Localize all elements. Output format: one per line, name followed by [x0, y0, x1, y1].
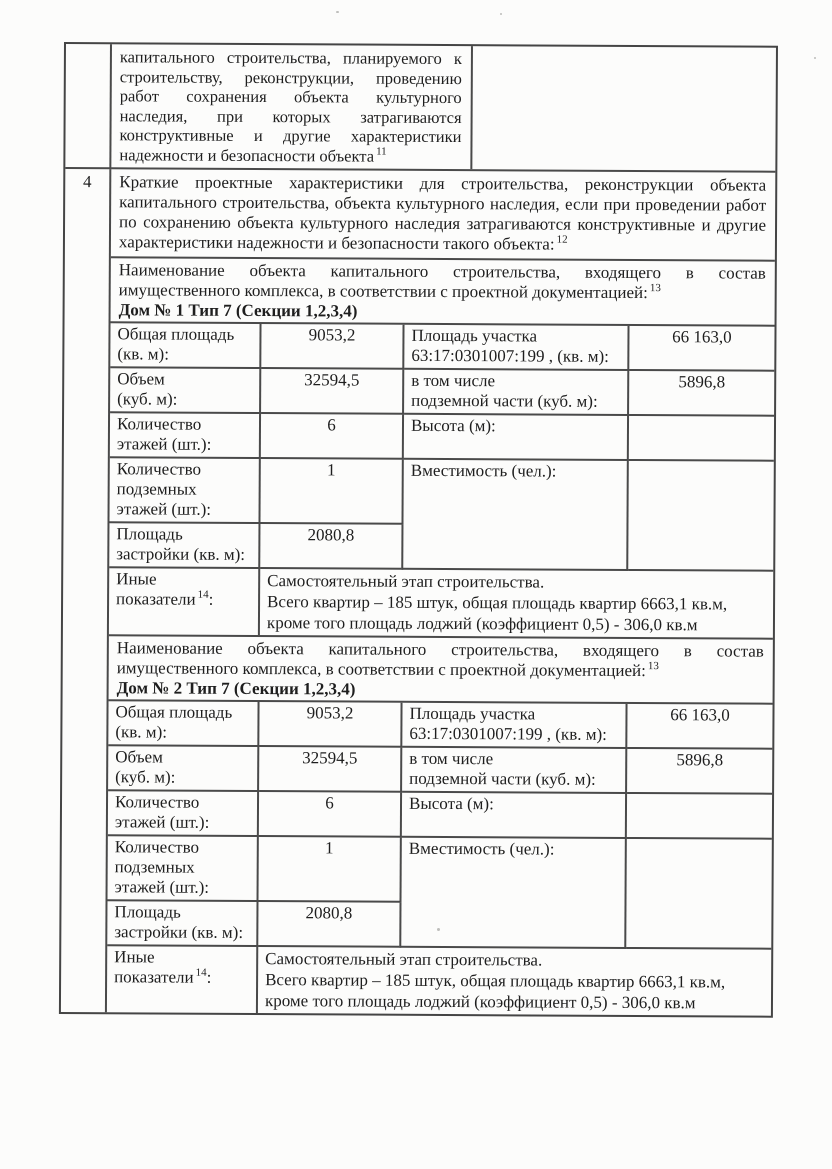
- footnote-ref-12: 12: [557, 234, 568, 246]
- total-area-label: Общая площадь (кв. м):: [108, 701, 258, 746]
- characteristics-table: Общая площадь (кв. м): 9053,2 Площадь уч…: [109, 323, 775, 637]
- total-area-value: 9053,2: [258, 702, 401, 747]
- height-value: [628, 415, 774, 461]
- height-value: [626, 793, 772, 839]
- table-row: Объем (куб. м): 32594,5 в том числе подз…: [108, 745, 772, 793]
- table-row: Иные показатели14: Самостоятельный этап …: [109, 567, 773, 637]
- other-line: Самостоятельный этап строительства.: [265, 948, 764, 972]
- item-number-4: 4: [61, 169, 111, 1012]
- other-line: кроме того площадь лоджий (коэффициент 0…: [267, 612, 766, 636]
- scanned-document-page: капитального строительства, планируемого…: [0, 0, 832, 1169]
- floors-count-value: 6: [258, 791, 401, 837]
- object-name-intro: Наименование объекта капитального строит…: [109, 634, 773, 704]
- clause-text: Краткие проектные характеристики для стр…: [119, 172, 766, 253]
- height-label: Высота (м):: [403, 414, 628, 460]
- total-area-value: 9053,2: [260, 324, 403, 369]
- other-indicators-value: Самостоятельный этап строительства. Всег…: [257, 946, 771, 1016]
- object-name-intro: Наименование объекта капитального строит…: [111, 256, 775, 326]
- floors-count-value: 6: [260, 413, 403, 459]
- height-label: Высота (м):: [401, 792, 626, 838]
- scan-speck: [336, 11, 339, 13]
- other-line: Всего квартир – 185 штук, общая площадь …: [267, 591, 766, 615]
- continuation-clause-text: капитального строительства, планируемого…: [111, 44, 473, 169]
- building-footprint-value: 2080,8: [259, 523, 402, 569]
- capacity-value: [627, 460, 774, 571]
- footnote-ref-11: 11: [376, 146, 387, 158]
- table-row: Количество подземных этажей (шт.): 1 Вме…: [109, 457, 773, 525]
- capacity-label: Вместимость (чел.):: [402, 459, 628, 570]
- footnote-ref-13: 13: [650, 282, 661, 294]
- building-footprint-label: Площадь застройки (кв. м):: [109, 522, 259, 568]
- clause-text: капитального строительства, планируемого…: [119, 47, 462, 165]
- intro-text: Наименование объекта капитального строит…: [119, 260, 766, 301]
- footnote-ref-13: 13: [648, 660, 659, 672]
- capacity-value: [625, 838, 772, 949]
- object-intro-text: Наименование объекта капитального строит…: [119, 260, 766, 302]
- footnote-ref-14: 14: [198, 589, 209, 601]
- construction-permit-table: капитального строительства, планируемого…: [59, 42, 778, 1018]
- item-number-text: 4: [83, 172, 92, 191]
- underground-volume-value: 5896,8: [626, 748, 772, 794]
- underground-floors-label: Количество подземных этажей (шт.):: [108, 835, 258, 901]
- object-title: Дом № 1 Тип 7 (Секции 1,2,3,4): [119, 299, 766, 323]
- volume-value: 32594,5: [258, 746, 401, 792]
- table-row: Иные показатели14: Самостоятельный этап …: [107, 945, 771, 1015]
- total-area-label: Общая площадь (кв. м):: [110, 323, 260, 368]
- empty-value-cell: [472, 46, 776, 171]
- plot-area-label: Площадь участка 63:17:0301007:199 , (кв.…: [403, 325, 628, 370]
- other-indicators-text: Иные показатели: [116, 569, 196, 608]
- scan-speck: [500, 13, 502, 15]
- table-row: Количество этажей (шт.): 6 Высота (м):: [110, 412, 774, 460]
- underground-floors-value: 1: [259, 458, 402, 524]
- table-row: Общая площадь (кв. м): 9053,2 Площадь уч…: [108, 701, 772, 748]
- label-colon: :: [209, 590, 214, 609]
- table-row: Общая площадь (кв. м): 9053,2 Площадь уч…: [110, 323, 774, 370]
- other-indicators-value: Самостоятельный этап строительства. Всег…: [259, 568, 773, 638]
- label-colon: :: [207, 968, 212, 987]
- underground-volume-label: в том числе подземной части (куб. м):: [401, 747, 626, 793]
- other-line: кроме того площадь лоджий (коэффициент 0…: [265, 990, 764, 1014]
- table-row: Количество подземных этажей (шт.): 1 Вме…: [108, 835, 772, 903]
- underground-floors-value: 1: [258, 836, 401, 902]
- underground-volume-value: 5896,8: [628, 370, 774, 416]
- other-line: Всего квартир – 185 штук, общая площадь …: [265, 969, 764, 993]
- other-indicators-text: Иные показатели: [114, 947, 194, 986]
- capacity-label: Вместимость (чел.):: [400, 837, 626, 948]
- underground-floors-label: Количество подземных этажей (шт.):: [109, 457, 259, 523]
- floors-count-label: Количество этажей (шт.):: [110, 412, 260, 458]
- plot-area-value: 66 163,0: [628, 326, 774, 371]
- object-title: Дом № 2 Тип 7 (Секции 1,2,3,4): [117, 677, 764, 701]
- building-footprint-label: Площадь застройки (кв. м):: [107, 900, 257, 946]
- floors-count-label: Количество этажей (шт.):: [108, 790, 258, 836]
- plot-area-value: 66 163,0: [626, 704, 772, 749]
- other-line: Самостоятельный этап строительства.: [267, 570, 766, 594]
- table-row: Объем (куб. м): 32594,5 в том числе подз…: [110, 367, 774, 415]
- plot-area-label: Площадь участка 63:17:0301007:199 , (кв.…: [401, 703, 626, 748]
- characteristics-table: Общая площадь (кв. м): 9053,2 Площадь уч…: [107, 701, 773, 1015]
- object-intro-text: Наименование объекта капитального строит…: [117, 638, 764, 680]
- other-indicators-label: Иные показатели14:: [109, 567, 259, 635]
- volume-label: Объем (куб. м):: [108, 745, 258, 791]
- item-4-clause: Краткие проектные характеристики для стр…: [111, 169, 775, 259]
- other-indicators-label: Иные показатели14:: [107, 945, 257, 1013]
- volume-value: 32594,5: [260, 368, 403, 414]
- underground-volume-label: в том числе подземной части (куб. м):: [403, 369, 628, 415]
- footnote-ref-14: 14: [196, 967, 207, 979]
- intro-text: Наименование объекта капитального строит…: [117, 638, 764, 679]
- continuation-row: капитального строительства, планируемого…: [111, 44, 776, 172]
- scan-speck: [814, 57, 816, 59]
- table-row: Количество этажей (шт.): 6 Высота (м):: [108, 790, 772, 838]
- item-number-column-empty: [65, 44, 112, 169]
- volume-label: Объем (куб. м):: [110, 367, 260, 413]
- building-footprint-value: 2080,8: [257, 901, 400, 947]
